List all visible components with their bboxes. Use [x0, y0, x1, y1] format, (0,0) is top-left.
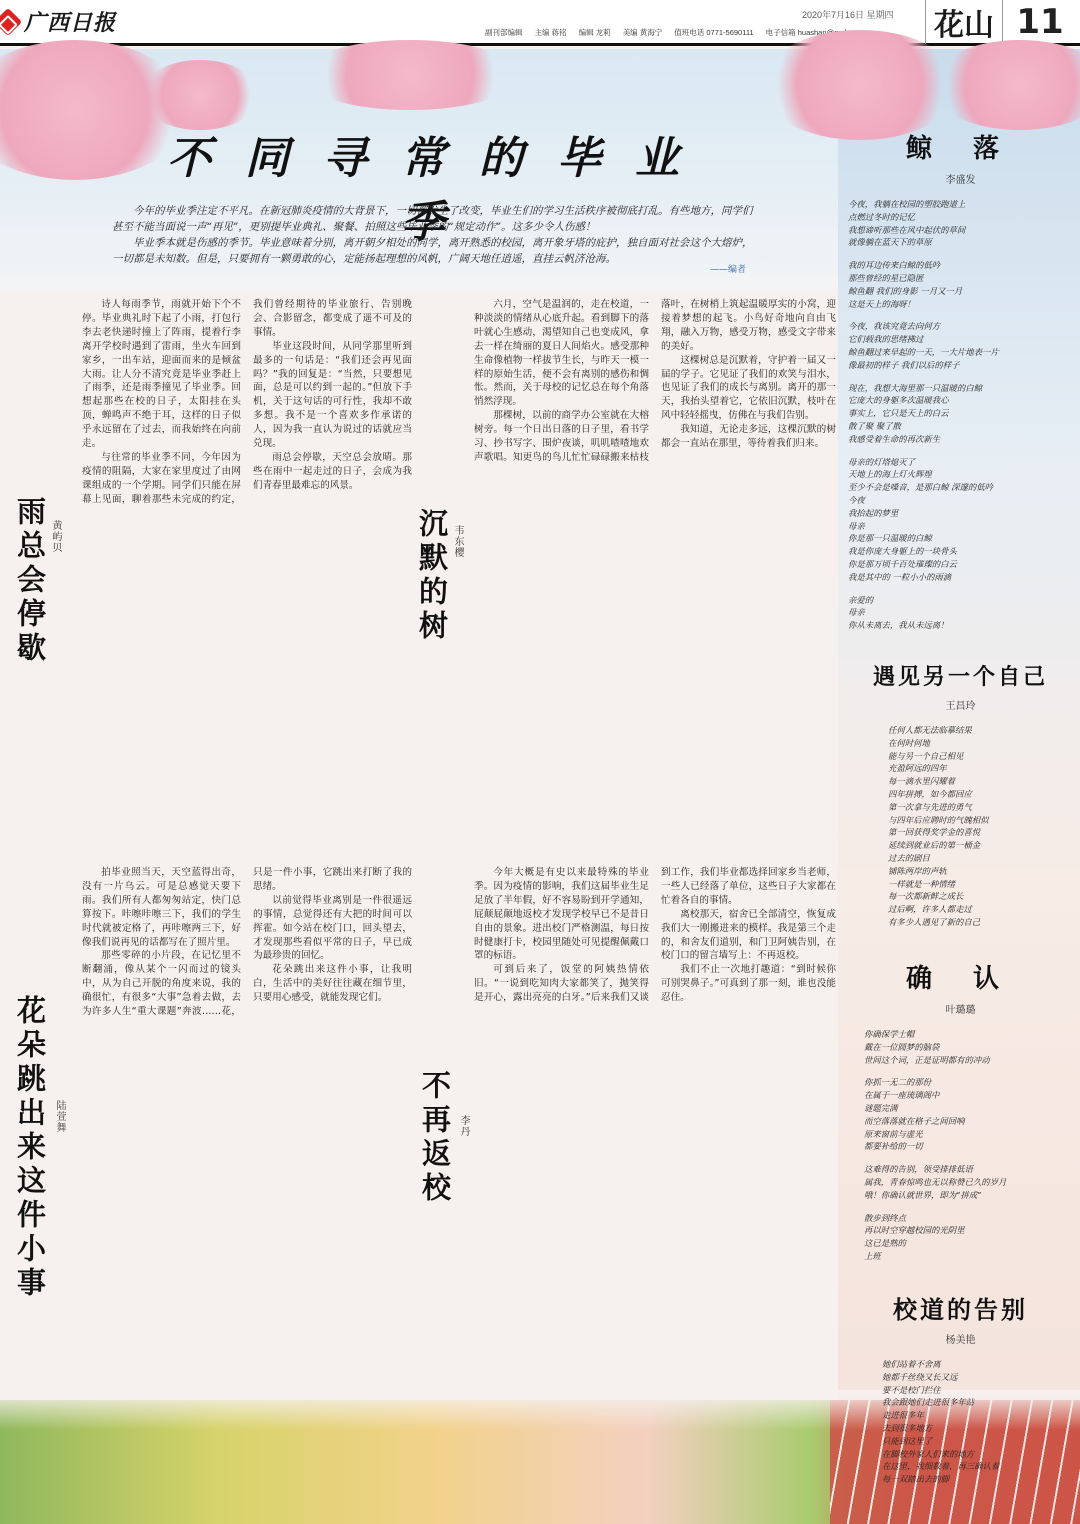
poem-confirm: 确 认 叶璐璐 你确保学士帽 戴在一位圆梦的脑袋 世间这个词，正是证明都有的冲动…: [848, 958, 1073, 1273]
poem-line: 我会跟她们走进很多年站: [882, 1396, 1073, 1409]
article-author-rain: 黄屿贝: [48, 520, 63, 553]
article-body-flowers: 拍毕业照当天，天空蓝得出奇，没有一片乌云。可是总感觉天要下雨。我们所有人都匆匆站…: [82, 866, 412, 1401]
cherry-blossom-decoration: [140, 60, 260, 130]
poem-line: 她都千丝绕又长又远: [882, 1371, 1073, 1384]
poem-line: 散步到终点: [864, 1212, 1073, 1225]
poem-line: 我的耳边传来白鲸的低吟: [848, 259, 1073, 272]
poem-line: 上班: [864, 1250, 1073, 1263]
section-name: 花山: [925, 0, 1003, 44]
poem-line: 每一次都新鲜之成长: [888, 890, 1073, 903]
intro-paragraph: 毕业季本就是伤感的季节。毕业意味着分别，离开朝夕相处的同学，离开熟悉的校园，离开…: [112, 235, 762, 267]
poem-text: 你确保学士帽 戴在一位圆梦的脑袋 世间这个词，正是证明都有的冲动 你抓一无二的那…: [848, 1028, 1073, 1263]
poem-line: 你从未离去，我从未远离！: [848, 619, 1073, 632]
poem-line: 亲爱的: [848, 594, 1073, 607]
article-title-no-return: 不再返校: [415, 1070, 456, 1206]
article-author-no-return: 李丹: [456, 1115, 471, 1137]
poem-line: 母亲的灯塔熄灭了: [848, 456, 1073, 469]
poem-line: 四年拼搏，如今都回应: [888, 788, 1073, 801]
poem-line: 这已是熟的: [864, 1237, 1073, 1250]
poem-line: 过后啊，许多人都走过: [888, 903, 1073, 916]
poem-line: 你抓一无二的那份: [864, 1076, 1073, 1089]
poem-line: 你是那万顷千百处璀璨的白云: [848, 558, 1073, 571]
article-author-silent-tree: 韦东樱: [450, 525, 465, 558]
poem-line: 属我，青春惊鸣也无以称赞已久的岁月: [864, 1176, 1073, 1189]
poem-text: 今夜，我躺在校园的塑胶跑道上 点燃过冬时的记忆 我想谛听那些在风中起伏的草间 就…: [848, 198, 1073, 632]
article-author-flowers: 陆萱舞: [52, 1100, 67, 1133]
poem-line: 今夜: [848, 494, 1073, 507]
poem-line: 戴在一位圆梦的脑袋: [864, 1041, 1073, 1054]
article-paragraph: 诗人每雨季节，雨就开始下个不停。毕业典礼时下起了小雨，打包行李去老快递时撞上了阵…: [82, 298, 241, 451]
poem-line: 我想谛听那些在风中起伏的草间: [848, 224, 1073, 237]
poem-line: 一样就是一种情绪: [888, 878, 1073, 891]
article-title-flowers: 花朵跳出来这件小事: [10, 995, 51, 1301]
article-paragraph: 以前觉得毕业离别是一件很遥远的事情，总觉得还有大把的时间可以挥霍。如今站在校门口…: [253, 894, 412, 964]
poem-author: 李盛发: [848, 171, 1073, 186]
article-paragraph: 我知道，无论走多远，这棵沉默的树都会一直站在那里，等待着我们归来。: [661, 423, 836, 451]
poem-line: 今夜，我躺在校园的塑胶跑道上: [848, 198, 1073, 211]
editor-intro: 今年的毕业季注定不平凡。在新冠肺炎疫情的大背景下，一切都发生了改变，毕业生们的学…: [112, 203, 762, 267]
credit-editor: 编辑 龙莉: [579, 27, 611, 38]
article-paragraph: 我们不止一次地打趣道：“到时候你可别哭鼻子。”可真到了那一刻，谁也没能忍住。: [661, 963, 836, 1005]
poem-line: 在这里，我细数着，再三确认着: [882, 1460, 1073, 1473]
article-title-silent-tree: 沉默的树: [412, 508, 453, 644]
poem-line: 过去的剧目: [888, 852, 1073, 865]
poem-text: 她们站着不舍离 她都千丝绕又长又远 要不是校门拦住 我会跟她们走进很多年站 走进…: [848, 1358, 1073, 1486]
poem-line: 能与另一个自己相见: [888, 750, 1073, 763]
poem-line: 每一滴水里闪耀着: [888, 775, 1073, 788]
poem-line: 而空落落就在格子之间回响: [864, 1115, 1073, 1128]
poem-line: 鲸鱼翻过来早起的一天，一大片地表一片: [848, 346, 1073, 359]
poem-meet-another-self: 遇见另一个自己 王昌玲 任何人都无法临摹结果 在何时何地 能与另一个自己相见 充…: [848, 660, 1073, 939]
poem-line: 母亲: [848, 520, 1073, 533]
poem-whale-fall: 鲸 落 李盛发 今夜，我躺在校园的塑胶跑道上 点燃过冬时的记忆 我想谛听那些在风…: [848, 128, 1073, 642]
masthead: 广西日报 2020年7月16日 星期四 副刊部编辑 主编 蒋铭 编辑 龙莉 美编…: [0, 0, 1080, 46]
poem-line: 都要补给的一切: [864, 1140, 1073, 1153]
poem-author: 王昌玲: [848, 697, 1073, 712]
poem-line: 谜题完满: [864, 1102, 1073, 1115]
poem-line: 我是你庞大身躯上的一块骨头: [848, 545, 1073, 558]
poem-title: 校道的告别: [848, 1290, 1073, 1325]
poem-line: 鲸鱼翻 我们的身影 一月又一月: [848, 285, 1073, 298]
article-paragraph: 雨总会停歇，天空总会放晴。那些在雨中一起走过的日子，会成为我们青春里最难忘的风景…: [253, 451, 412, 493]
poem-line: 充盈阿远的四年: [888, 762, 1073, 775]
poem-line: 它们载我的思绪拂过: [848, 333, 1073, 346]
credit-art-editor: 美编 黄海宁: [623, 27, 663, 38]
poem-author: 叶璐璐: [848, 1001, 1073, 1016]
poem-line: 只能到这里了: [882, 1435, 1073, 1448]
poem-campus-road-farewell: 校道的告别 杨美艳 她们站着不舍离 她都千丝绕又长又远 要不是校门拦住 我会跟她…: [848, 1290, 1073, 1496]
article-body-no-return: 今年大概是有史以来最特殊的毕业季。因为疫情的影响，我们这届毕业生足足放了半年假，…: [474, 866, 836, 1401]
poem-line: 第一回获得奖学金的喜悦: [888, 826, 1073, 839]
credit-phone: 值班电话 0771-5690111: [674, 27, 753, 38]
poem-line: 天地上的海上灯火辉煌: [848, 468, 1073, 481]
poem-line: 在何时何地: [888, 737, 1073, 750]
poem-title: 确 认: [848, 958, 1073, 995]
article-title-rain: 雨总会停歇: [10, 496, 51, 666]
credit-chief-editor: 主编 蒋铭: [535, 27, 567, 38]
poem-line: 你确保学士帽: [864, 1028, 1073, 1041]
poem-author: 杨美艳: [848, 1331, 1073, 1346]
poem-line: 就像躺在蓝天下的草原: [848, 236, 1073, 249]
article-body-silent-tree: 六月，空气是温润的，走在校道，一种淡淡的情绪从心底升起。看到脚下的落叶就心生感动…: [474, 298, 836, 843]
credit-department: 副刊部编辑: [485, 27, 523, 38]
article-paragraph: 这棵树总是沉默着，守护着一届又一届的学子。它见证了我们的欢笑与泪水，也见证了我们…: [661, 354, 836, 424]
poem-line: 她们站着不舍离: [882, 1358, 1073, 1371]
article-paragraph: 今年大概是有史以来最特殊的毕业季。因为疫情的影响，我们这届毕业生足足放了半年假，…: [474, 866, 649, 963]
issue-date: 2020年7月16日 星期四: [802, 8, 894, 21]
poem-line: 今夜，我该究竟去向何方: [848, 320, 1073, 333]
article-paragraph: 离校那天，宿舍已全部清空，恢复成我们大一刚搬进来的模样。我是第三个走的，和舍友们…: [661, 908, 836, 964]
poem-line: 事实上，它只是天上的白云: [848, 407, 1073, 420]
article-paragraph: 毕业这段时间，从同学那里听到最多的一句话是：“我们还会再见面吗？”我的回复是：“…: [253, 340, 412, 451]
poem-line: 这是天上的海呀！: [848, 298, 1073, 311]
poem-line: 每一双踏出去的脚: [882, 1473, 1073, 1486]
article-paragraph: 花朵跳出来这件小事，让我明白，生活中的美好往往藏在细节里，只要用心感受，就能发现…: [253, 963, 412, 1005]
poem-line: 第一次拿与先进的勇气: [888, 801, 1073, 814]
poem-line: 那些曾经的星已隐匿: [848, 272, 1073, 285]
poem-line: 铺陈两岸的声轨: [888, 865, 1073, 878]
poem-line: 再以时空穿越校园的光阴里: [864, 1224, 1073, 1237]
poem-line: 要不是校门拦住: [882, 1384, 1073, 1397]
article-paragraph: 六月，空气是温润的，走在校道，一种淡淡的情绪从心底升起。看到脚下的落叶就心生感动…: [474, 298, 649, 409]
poem-line: 走进很多年: [882, 1409, 1073, 1422]
poem-title: 鲸 落: [848, 128, 1073, 165]
cherry-blossom-decoration: [300, 40, 520, 110]
poem-line: 像最初的样子 我们以后的样子: [848, 359, 1073, 372]
poem-line: 你是那一只温暖的白鲸: [848, 532, 1073, 545]
poem-line: 与四年后应聘时的气魄相似: [888, 814, 1073, 827]
poem-title: 遇见另一个自己: [848, 660, 1073, 691]
poem-line: 我是其中的 一粒小小的雨滴: [848, 571, 1073, 584]
logo-diamond-icon: [0, 7, 22, 35]
poem-line: 任何人都无法临摹结果: [888, 724, 1073, 737]
poem-line: 在脚校外家人们来的地方: [882, 1448, 1073, 1461]
poem-line: 延续到就业后的第一桶金: [888, 839, 1073, 852]
poem-line: 母亲: [848, 606, 1073, 619]
intro-paragraph: 今年的毕业季注定不平凡。在新冠肺炎疫情的大背景下，一切都发生了改变，毕业生们的学…: [112, 203, 762, 235]
poem-line: 这难得的告别，领受排排低语: [864, 1163, 1073, 1176]
poem-line: 哦！你确认就世界，即为“拼成”: [864, 1189, 1073, 1202]
poem-line: 有多少人遇见了新的自己: [888, 916, 1073, 929]
poem-line: 散了聚 聚了散: [848, 420, 1073, 433]
poem-line: 至少不会是嗓音，是那白鲸 深邃的低吟: [848, 481, 1073, 494]
page-number: 11: [1005, 0, 1075, 44]
article-paragraph: 拍毕业照当天，天空蓝得出奇，没有一片乌云。可是总感觉天要下雨。我们所有人都匆匆站…: [82, 866, 241, 949]
poem-line: 在属于一座琉璃阁中: [864, 1089, 1073, 1102]
poem-line: 它庞大的身躯多次温暖我心: [848, 394, 1073, 407]
poem-line: 去到很多地方: [882, 1422, 1073, 1435]
poem-line: 原来窗前与虚光: [864, 1128, 1073, 1141]
article-body-rain: 诗人每雨季节，雨就开始下个不停。毕业典礼时下起了小雨，打包行李去老快递时撞上了阵…: [82, 298, 412, 843]
newspaper-name: 广西日报: [24, 6, 116, 37]
intro-signature: ——编者: [710, 262, 746, 275]
poem-line: 世间这个词，正是证明都有的冲动: [864, 1054, 1073, 1067]
newspaper-logo: 广西日报: [2, 6, 116, 37]
poem-line: 我抬起的梦里: [848, 507, 1073, 520]
poem-text: 任何人都无法临摹结果 在何时何地 能与另一个自己相见 充盈阿远的四年 每一滴水里…: [848, 724, 1073, 929]
poem-line: 我感受着生命的再次新生: [848, 433, 1073, 446]
poem-line: 现在，我想大海里那一只温暖的白鲸: [848, 382, 1073, 395]
poem-line: 点燃过冬时的记忆: [848, 211, 1073, 224]
